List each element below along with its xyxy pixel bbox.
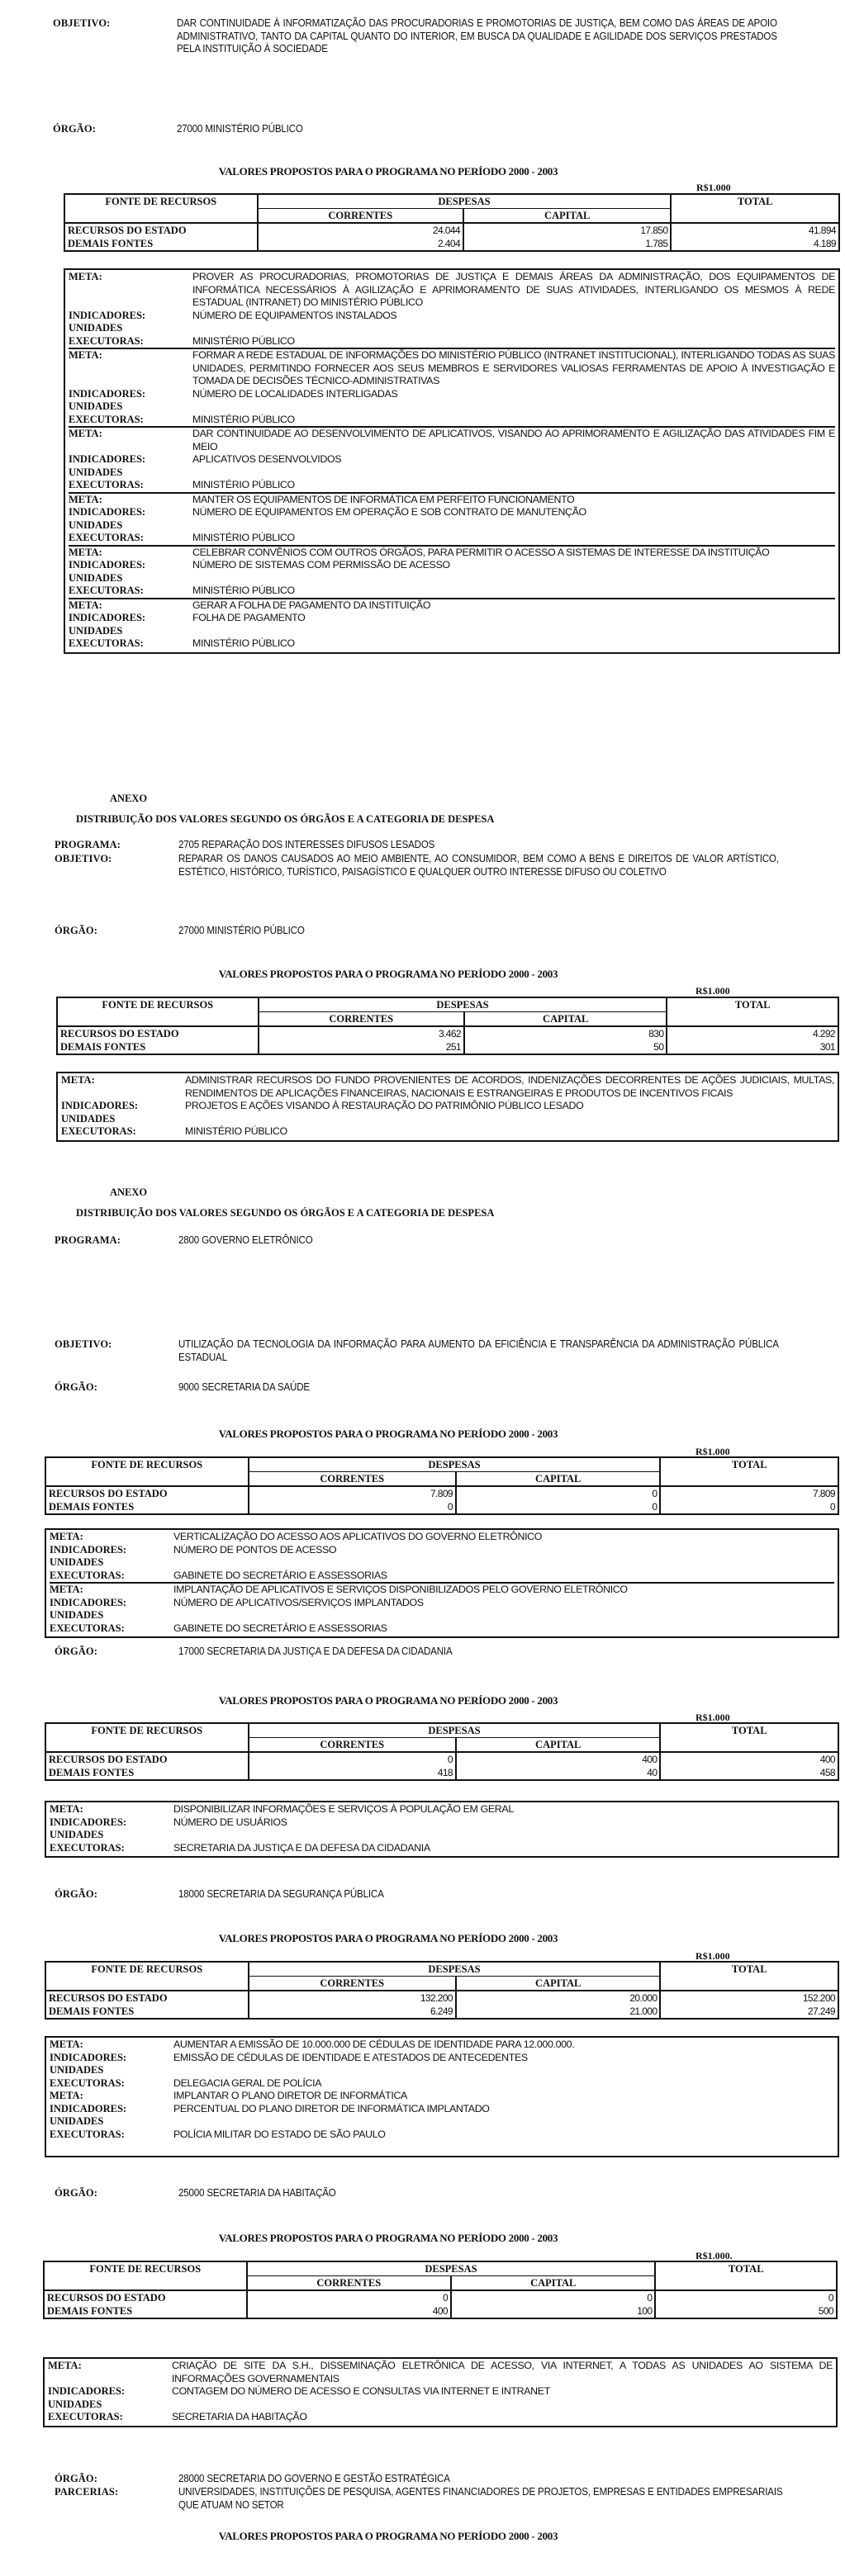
values-table-3: FONTE DE RECURSOS DESPESAS TOTAL CORRENT… (45, 1456, 839, 1515)
objetivo-row-1: OBJETIVO: DAR CONTINUIDADE À INFORMATIZA… (53, 17, 829, 56)
valores-title-6: VALORES PROPOSTOS PARA O PROGRAMA NO PER… (50, 2232, 727, 2245)
meta-group: META:PROVER AS PROCURADORIAS, PROMOTORIA… (69, 271, 835, 348)
programa-row-2: PROGRAMA: 2705 REPARAÇÃO DOS INTERESSES … (55, 839, 831, 852)
unit-label-1: R$1.000 (696, 182, 731, 194)
metas-box-5: META:AUMENTAR A EMISSÃO DE 10.000.000 DE… (45, 2036, 839, 2157)
distribuicao-heading-2: DISTRIBUIÇÃO DOS VALORES SEGUNDO OS ÓRGÃ… (76, 1207, 494, 1219)
table-row: RECURSOS DO ESTADO 7.809 0 7.809 (45, 1486, 838, 1500)
values-table-2: FONTE DE RECURSOS DESPESAS TOTAL CORRENT… (56, 997, 839, 1055)
col-total: TOTAL (671, 194, 839, 223)
table-row: RECURSOS DO ESTADO 132.200 20.000 152.20… (45, 1991, 838, 2005)
col-fonte: FONTE DE RECURSOS (64, 194, 258, 223)
valores-title-3: VALORES PROPOSTOS PARA O PROGRAMA NO PER… (50, 1428, 727, 1441)
meta-group: META:MANTER OS EQUIPAMENTOS DE INFORMÁTI… (69, 492, 835, 545)
values-table-4: FONTE DE RECURSOS DESPESAS TOTAL CORRENT… (45, 1722, 839, 1781)
meta-group: META:DISPONIBILIZAR INFORMAÇÕES E SERVIÇ… (50, 1803, 834, 1854)
objetivo-text: DAR CONTINUIDADE À INFORMATIZAÇÃO DAS PR… (177, 17, 777, 56)
anexo-heading-2: ANEXO (110, 1186, 147, 1199)
table-row: DEMAIS FONTES 2.404 1.785 4.189 (64, 237, 839, 251)
table-row: RECURSOS DO ESTADO 0 0 0 (44, 2290, 837, 2304)
valores-title-2: VALORES PROPOSTOS PARA O PROGRAMA NO PER… (50, 968, 727, 981)
programa-row-3: PROGRAMA: 2800 GOVERNO ELETRÔNICO (55, 1234, 831, 1248)
anexo-heading-1: ANEXO (110, 793, 147, 805)
metas-box-1: META:PROVER AS PROCURADORIAS, PROMOTORIA… (64, 268, 840, 654)
meta-group: META:FORMAR A REDE ESTADUAL DE INFORMAÇÕ… (69, 348, 835, 426)
unit-label-2: R$1.000 (695, 985, 730, 997)
orgao-text: 27000 MINISTÉRIO PÚBLICO (177, 123, 777, 136)
meta-group: META:CELEBRAR CONVÊNIOS COM OUTROS ÓRGÃO… (69, 545, 835, 598)
meta-group: META:AUMENTAR A EMISSÃO DE 10.000.000 DE… (50, 2039, 834, 2090)
table-row: RECURSOS DO ESTADO 0 400 400 (45, 1752, 838, 1766)
orgao-row-28000: ÓRGÃO: 28000 SECRETARIA DO GOVERNO E GES… (55, 2473, 835, 2486)
orgao-row-18000: ÓRGÃO: 18000 SECRETARIA DA SEGURANÇA PÚB… (55, 1888, 831, 1901)
orgao-row-2: ÓRGÃO: 27000 MINISTÉRIO PÚBLICO (55, 925, 831, 938)
orgao-row-1: ÓRGÃO: 27000 MINISTÉRIO PÚBLICO (53, 123, 829, 136)
meta-group: META:DAR CONTINUIDADE AO DESENVOLVIMENTO… (69, 426, 835, 492)
metas-box-6: META:CRIAÇÃO DE SITE DA S.H., DISSEMINAÇ… (43, 2357, 838, 2427)
table-row: DEMAIS FONTES 400 100 500 (44, 2304, 837, 2318)
meta-group: META:CRIAÇÃO DE SITE DA S.H., DISSEMINAÇ… (48, 2360, 833, 2424)
objetivo-label: OBJETIVO: (53, 17, 177, 56)
values-table-5: FONTE DE RECURSOS DESPESAS TOTAL CORRENT… (45, 1961, 839, 2020)
meta-group: META:IMPLANTAR O PLANO DIRETOR DE INFORM… (50, 2090, 834, 2141)
table-row: DEMAIS FONTES 251 50 301 (57, 1040, 838, 1054)
orgao-row-25000: ÓRGÃO: 25000 SECRETARIA DA HABITAÇÃO (55, 2187, 831, 2200)
col-capital: CAPITAL (463, 209, 671, 224)
parcerias-row: PARCERIAS: UNIVERSIDADES, INSTITUIÇÕES D… (55, 2486, 835, 2512)
meta-group: META:GERAR A FOLHA DE PAGAMENTO DA INSTI… (69, 598, 835, 651)
metas-box-3: META:VERTICALIZAÇÃO DO ACESSO AOS APLICA… (45, 1528, 839, 1638)
table-row: DEMAIS FONTES 0 0 0 (45, 1500, 838, 1514)
col-correntes: CORRENTES (258, 209, 464, 224)
values-table-6: FONTE DE RECURSOS DESPESAS TOTAL CORRENT… (43, 2261, 838, 2319)
orgao-row-9000: ÓRGÃO: 9000 SECRETARIA DA SAÚDE (55, 1381, 831, 1395)
meta-group: META:VERTICALIZAÇÃO DO ACESSO AOS APLICA… (50, 1531, 834, 1582)
orgao-label: ÓRGÃO: (53, 123, 177, 136)
metas-box-2: META:ADMINISTRAR RECURSOS DO FUNDO PROVE… (56, 1072, 839, 1142)
meta-group: META:ADMINISTRAR RECURSOS DO FUNDO PROVE… (61, 1074, 834, 1139)
valores-title-4: VALORES PROPOSTOS PARA O PROGRAMA NO PER… (50, 1694, 727, 1707)
objetivo-row-3: OBJETIVO: UTILIZAÇÃO DA TECNOLOGIA DA IN… (55, 1338, 831, 1364)
table-row: DEMAIS FONTES 418 40 458 (45, 1766, 838, 1780)
col-despesas: DESPESAS (258, 194, 672, 209)
metas-box-4: META:DISPONIBILIZAR INFORMAÇÕES E SERVIÇ… (45, 1801, 839, 1858)
valores-title-7: VALORES PROPOSTOS PARA O PROGRAMA NO PER… (50, 2530, 727, 2543)
objetivo-row-2: OBJETIVO: REPARAR OS DANOS CAUSADOS AO M… (55, 853, 831, 878)
valores-title-5: VALORES PROPOSTOS PARA O PROGRAMA NO PER… (50, 1932, 727, 1945)
distribuicao-heading-1: DISTRIBUIÇÃO DOS VALORES SEGUNDO OS ÓRGÃ… (76, 813, 494, 826)
table-row: RECURSOS DO ESTADO 3.462 830 4.292 (57, 1026, 838, 1040)
meta-group: META:IMPLANTAÇÃO DE APLICATIVOS E SERVIÇ… (50, 1582, 834, 1635)
table-row: RECURSOS DO ESTADO 24.044 17.850 41.894 (64, 223, 839, 237)
table-row: DEMAIS FONTES 6.249 21.000 27.249 (45, 2005, 838, 2019)
valores-title-1: VALORES PROPOSTOS PARA O PROGRAMA NO PER… (50, 165, 727, 178)
orgao-row-17000: ÓRGÃO: 17000 SECRETARIA DA JUSTIÇA E DA … (55, 1646, 831, 1659)
values-table-1: FONTE DE RECURSOS DESPESAS TOTAL CORRENT… (64, 193, 840, 252)
